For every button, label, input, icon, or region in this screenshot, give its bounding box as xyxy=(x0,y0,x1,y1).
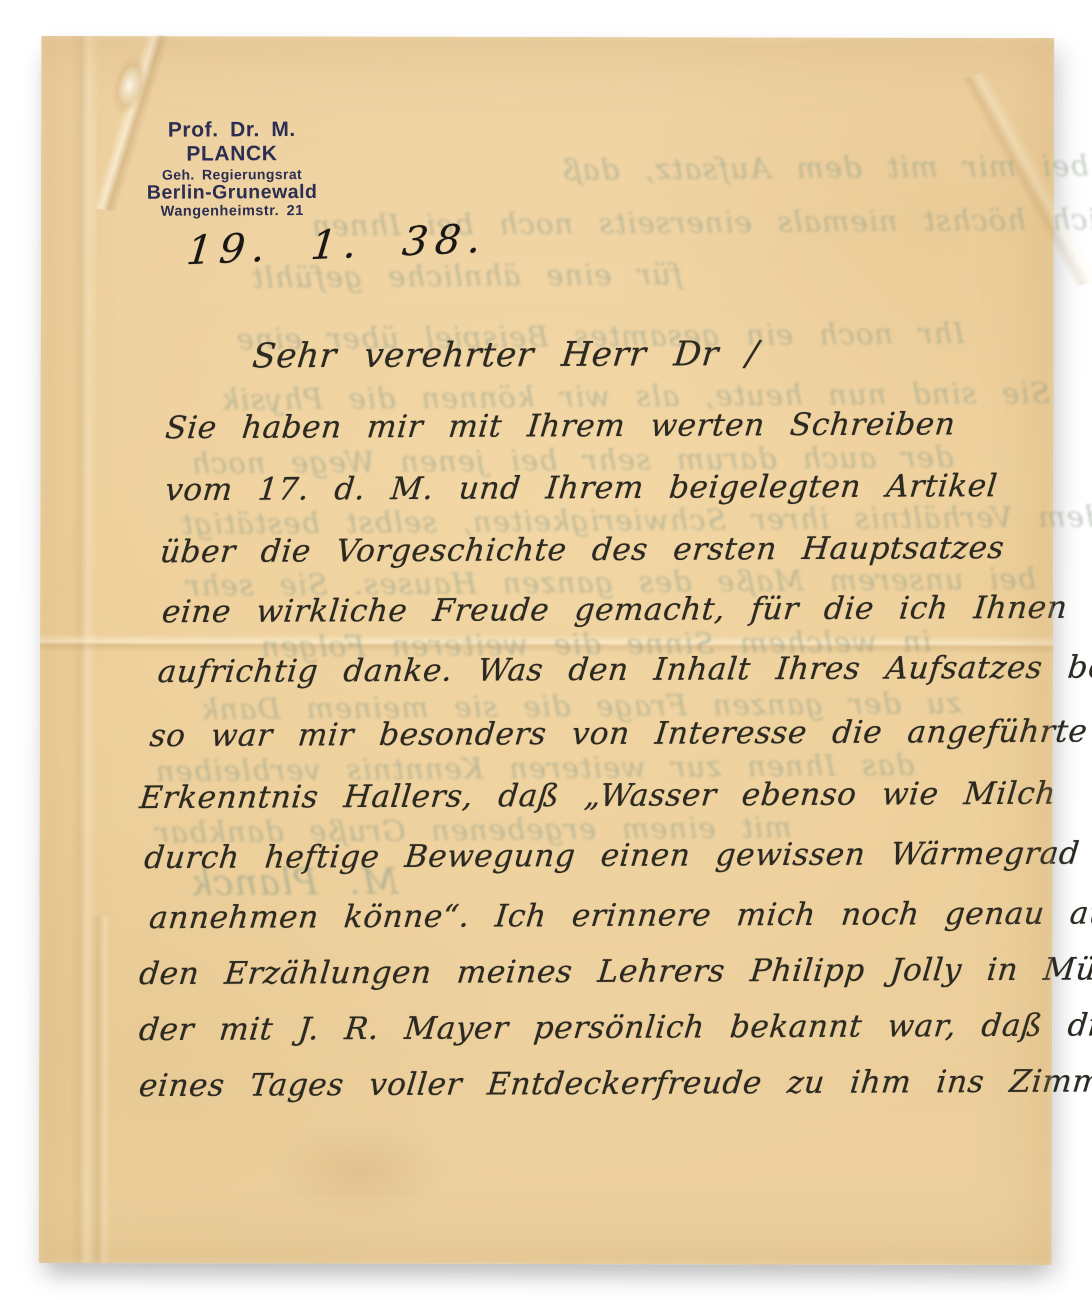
body-line: über die Vorgeschichte des ersten Haupts… xyxy=(158,530,1006,570)
body-line: eines Tages voller Entdeckerfreude zu ih… xyxy=(137,1063,1092,1104)
body-line: den Erzählungen meines Lehrers Philipp J… xyxy=(138,951,1092,992)
handwritten-date: 19. 1. 38. xyxy=(185,216,490,274)
paper-sheet: geschrieben bei mir mit dem Aufsatz, daß… xyxy=(39,36,1055,1265)
body-line: so war mir besonders von Interesse die a… xyxy=(148,714,1089,755)
body-line: der mit J. R. Mayer persönlich bekannt w… xyxy=(137,1007,1092,1048)
body-line: aufrichtig danke. Was den Inhalt Ihres A… xyxy=(156,649,1092,690)
body-line: vom 17. d. M. und Ihrem beigelegten Arti… xyxy=(164,468,1000,508)
salutation-line: Sehr verehrter Herr Dr / xyxy=(251,334,761,376)
body-line: annehmen könne“. Ich erinnere mich noch … xyxy=(148,895,1092,936)
letterhead-city: Berlin-Grunewald xyxy=(123,182,341,204)
bottom-wrinkle xyxy=(275,1122,445,1218)
top-left-tear-mark xyxy=(106,51,152,119)
letterhead-street: Wangenheimstr. 21 xyxy=(123,203,341,221)
body-line: Sie haben mir mit Ihrem werten Schreiben xyxy=(164,406,958,446)
top-right-crease xyxy=(953,58,1092,303)
body-line: durch heftige Bewegung einen gewissen Wä… xyxy=(143,836,1082,877)
letterhead-block: Prof. Dr. M. PLANCK Geh. Regierungsrat B… xyxy=(123,118,341,221)
bleed-through-line: geschrieben bei mir mit dem Aufsatz, daß xyxy=(561,147,1092,187)
letterhead-name: Prof. Dr. M. PLANCK xyxy=(123,118,341,167)
body-line: eine wirkliche Freude gemacht, für die i… xyxy=(160,590,1069,630)
body-line: Erkenntnis Hallers, daß „Wasser ebenso w… xyxy=(138,776,1058,816)
vertical-crease-left-lower xyxy=(89,916,112,1263)
vertical-crease-left xyxy=(69,36,100,1263)
letter-scan: geschrieben bei mir mit dem Aufsatz, daß… xyxy=(0,0,1092,1300)
